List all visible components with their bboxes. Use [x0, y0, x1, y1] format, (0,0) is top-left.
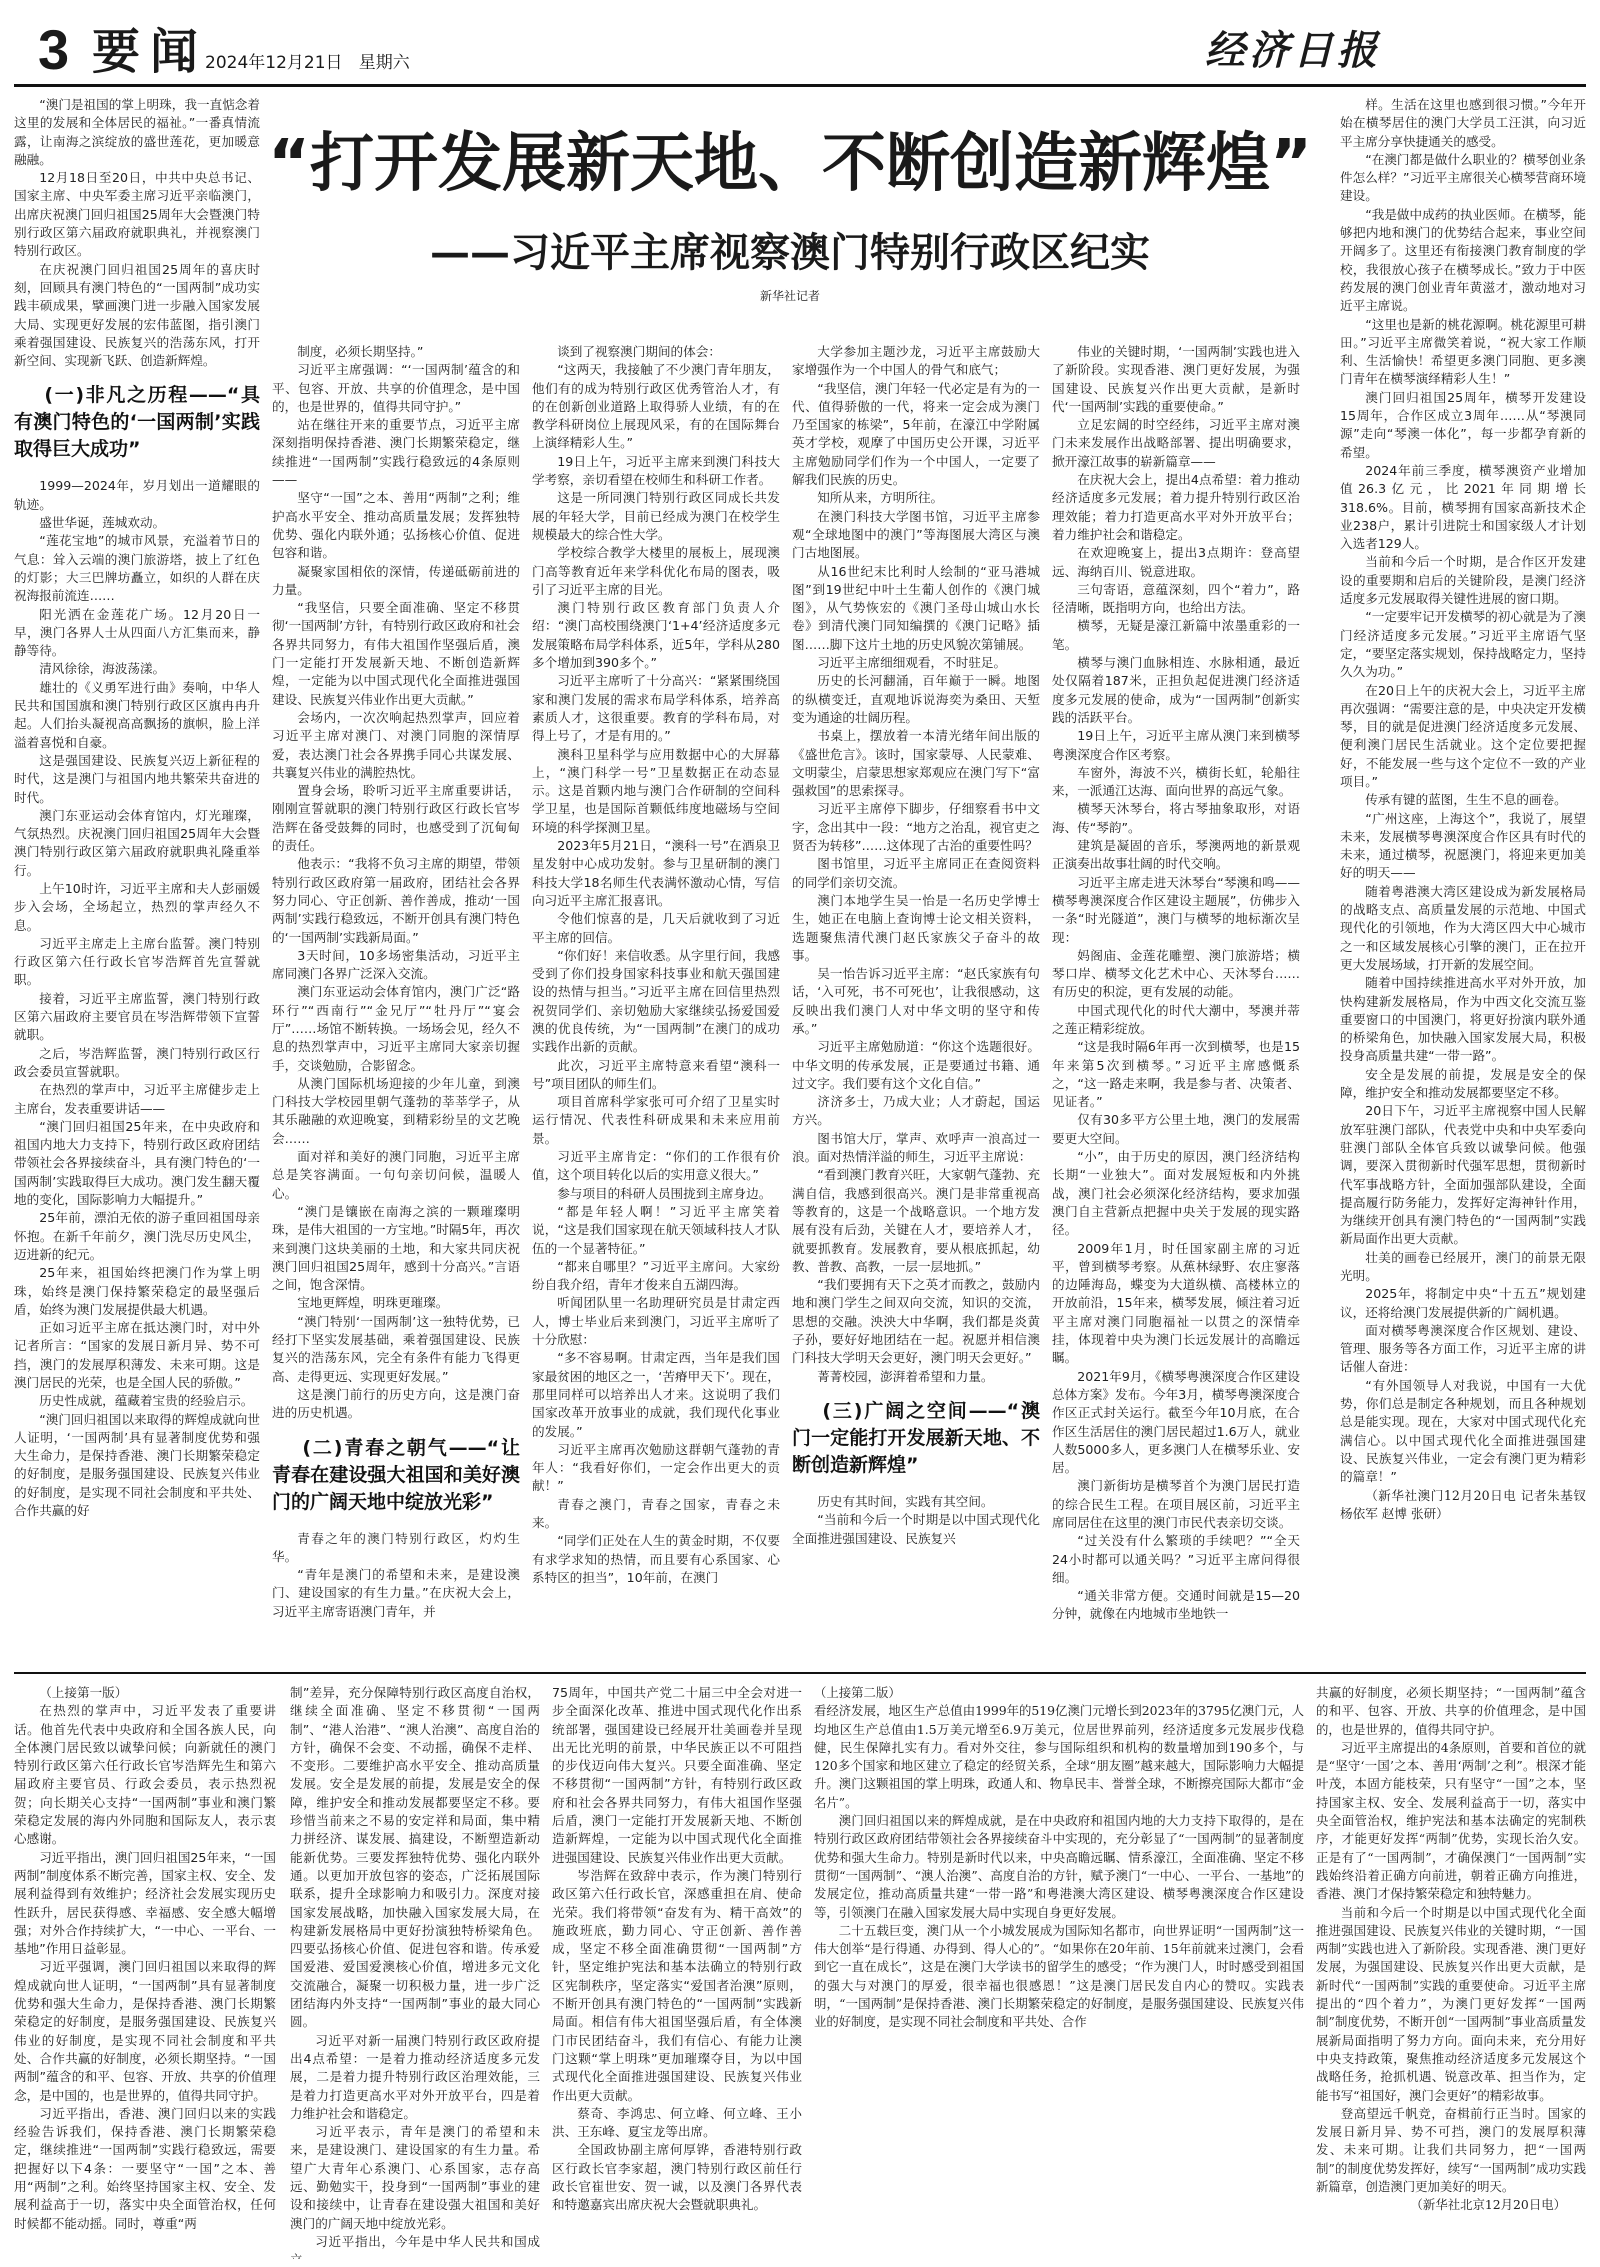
paragraph: 澳门回归祖国25周年，横琴开发建设15周年，合作区成立3周年……从“琴澳同源”走… — [1340, 389, 1586, 462]
paragraph: 习近平主席再次勉励这群朝气蓬勃的青年人：“我看好你们，一定会作出更大的贡献！” — [532, 1441, 780, 1496]
paragraph: 横琴与澳门血脉相连、水脉相通，最近处仅隔着187米，正担负起促进澳门经济适度多元… — [1052, 654, 1300, 727]
paragraph: 当前和今后一个时期，是合作区开发建设的重要期和启后的关键阶段，是澳门经济适度多元… — [1340, 553, 1586, 608]
paragraph: 学校综合教学大楼里的展板上，展现澳门高等教育近年来学科优化布局的图表，吸引了习近… — [532, 544, 780, 599]
paragraph: 此次，习近平主席特意来看望“澳科一号”项目团队的师生们。 — [532, 1057, 780, 1094]
paragraph: “澳门回归祖国以来取得的辉煌成就向世人证明，‘一国两制’具有显著制度优势和强大生… — [14, 1411, 260, 1521]
paragraph: 建筑是凝固的音乐，琴澳两地的新景观正演奏出故事壮阔的时代交响。 — [1052, 837, 1300, 874]
paragraph: 安全是发展的前提，发展是安全的保障，维护安全和推动发展都要坚定不移。 — [1340, 1066, 1586, 1103]
paragraph: 2021年9月，《横琴粤澳深度合作区建设总体方案》发布。今年3月，横琴粤澳深度合… — [1052, 1368, 1300, 1478]
article2-column-3: 75周年，中国共产党二十届三中全会对进一步全面深化改革、推进中国式现代化作出系统… — [552, 1684, 802, 2259]
paragraph: 知所从来，方明所往。 — [792, 489, 1040, 507]
paragraph: 19日上午，习近平主席来到澳门科技大学考察，亲切看望在校师生和科研工作者。 — [532, 453, 780, 490]
paragraph: “我是做中成药的执业医师。在横琴，能够把内地和澳门的优势结合起来，事业空间开阔多… — [1340, 206, 1586, 316]
paragraph: 图书馆大厅，掌声、欢呼声一浪高过一浪。面对热情洋溢的师生，习近平主席说： — [792, 1130, 1040, 1167]
paragraph: 立足宏阔的时空经纬，习近平主席对澳门未来发展作出战略部署、提出明确要求，掀开濠江… — [1052, 416, 1300, 471]
paragraph: 之后，岑浩辉监誓，澳门特别行政区行政会委员宣誓就职。 — [14, 1045, 260, 1082]
paragraph: 1999—2024年，岁月划出一道耀眼的轨迹。 — [14, 477, 260, 514]
paragraph: “我们要拥有天下之英才而教之，鼓励内地和澳门学生之间双向交流，知识的交流，思想的… — [792, 1276, 1040, 1367]
paragraph: 会场内，一次次响起热烈掌声，回应着习近平主席对澳门、对澳门同胞的深情厚爱，表达澳… — [272, 709, 520, 782]
paragraph: 看经济发展，地区生产总值由1999年的519亿澳门元增长到2023年的3795亿… — [814, 1702, 1304, 1812]
paragraph: 20日下午，习近平主席视察中国人民解放军驻澳门部队，代表党中央和中央军委向驻澳门… — [1340, 1102, 1586, 1248]
paragraph: 习近平主席听了十分高兴：“紧紧围绕国家和澳门发展的需求布局学科体系，培养高素质人… — [532, 672, 780, 745]
paragraph: 2025年，将制定中央“十五五”规划建议，还将给澳门发展提供新的广阔机遇。 — [1340, 1285, 1586, 1322]
paragraph: “都来自哪里？”习近平主席问。大家纷纷自我介绍，青年才俊来自五湖四海。 — [532, 1258, 780, 1295]
paragraph: 制度，必须长期坚持。” — [272, 343, 520, 361]
paragraph: 澳门东亚运动会体育馆内，灯光璀璨，气氛热烈。庆祝澳门回归祖国25周年大会暨澳门特… — [14, 807, 260, 880]
paragraph: 传承有键的蓝图，生生不息的画卷。 — [1340, 791, 1586, 809]
paragraph: “看到澳门教育兴旺，大家朝气蓬勃、充满自信，我感到很高兴。澳门是非常重视高等教育… — [792, 1166, 1040, 1276]
paragraph: 12月18日至20日，中共中央总书记、国家主席、中央军委主席习近平亲临澳门，出席… — [14, 169, 260, 260]
paragraph: 在庆祝澳门回归祖国25周年的喜庆时刻，回顾具有澳门特色的“一国两制”成功实践丰硕… — [14, 261, 260, 371]
paragraph: 习近平主席肯定：“你们的工作很有价值，这个项目转化以后的实用意义很大。” — [532, 1148, 780, 1185]
paragraph: 澳门特别行政区教育部门负责人介绍：“澳门高校围绕澳门‘1+4’经济适度多元发展策… — [532, 599, 780, 672]
paragraph: 接着，习近平主席监誓，澳门特别行政区第六届政府主要官员在岑浩辉带领下宣誓就职。 — [14, 990, 260, 1045]
section-title: 要闻 — [92, 24, 208, 80]
paragraph: “这两天，我接触了不少澳门青年朋友，他们有的成为特别行政区优秀管治人才，有的在创… — [532, 361, 780, 452]
paragraph: 在欢迎晚宴上，提出3点期许：登高望远、海纳百川、锐意进取。 — [1052, 544, 1300, 581]
paragraph: 这是澳门前行的历史方向，这是澳门奋进的历史机遇。 — [272, 1386, 520, 1423]
paragraph: 横琴天沐琴台，将古琴抽象取形，对语海、传“琴韵”。 — [1052, 800, 1300, 837]
paragraph: “澳门是祖国的掌上明珠，我一直惦念着这里的发展和全体居民的福祉。”一番真情流露，… — [14, 96, 260, 169]
paragraph: 中国式现代化的时代大潮中，琴澳并蒂之莲正精彩绽放。 — [1052, 1002, 1300, 1039]
paragraph: 历史的长河翻涌，百年巅于一瞬。地图的纵横变迁，直观地诉说海奕为桑田、天堑变为通途… — [792, 672, 1040, 727]
paragraph: 从16世纪末比利时人绘制的“亚马港城图”到19世纪中叶土生葡人创作的《澳门城图》… — [792, 563, 1040, 654]
paragraph: 随着粤港澳大湾区建设成为新发展格局的战略支点、高质量发展的示范地、中国式现代化的… — [1340, 883, 1586, 974]
newspaper-logo: 经济日报 — [1205, 26, 1381, 76]
byline: 新华社记者 — [260, 288, 1320, 304]
paragraph: 75周年，中国共产党二十届三中全会对进一步全面深化改革、推进中国式现代化作出系统… — [552, 1684, 802, 1867]
section-heading-1: (一)非凡之历程——“具有澳门特色的‘一国两制’实践取得巨大成功” — [14, 382, 260, 463]
paragraph: 仅有30多平方公里土地，澳门的发展需要更大空间。 — [1052, 1111, 1300, 1148]
paragraph: 3天时间，10多场密集活动，习近平主席同澳门各界广泛深入交流。 — [272, 947, 520, 984]
paragraph: 样。生活在这里也感到很习惯。”今年开始在横琴居住的澳门大学员工汪淇，向习近平主席… — [1340, 96, 1586, 151]
paragraph: “小”，由于历史的原因，澳门经济结构长期“一业独大”。面对发展短板和内外挑战，澳… — [1052, 1148, 1300, 1239]
paragraph: 岑浩辉在致辞中表示，作为澳门特别行政区第六任行政长官，深感重担在肩、使命光荣。我… — [552, 1867, 802, 2105]
paragraph: 在澳门科技大学图书馆，习近平主席参观“全球地图中的澳门”等海图展大湾区与澳门古地… — [792, 508, 1040, 563]
paragraph: 习近平表示，青年是澳门的希望和未来，是建设澳门、建设国家的有生力量。希望广大青年… — [290, 2123, 540, 2233]
paragraph: 令他们惊喜的是，几天后就收到了习近平主席的回信。 — [532, 910, 780, 947]
paragraph: 历史有其时间，实践有其空间。 — [792, 1493, 1040, 1511]
paragraph: 吴一怡告诉习近平主席：“赵氏家族有句话，‘入可死，书不可死也’，让我很感动，这反… — [792, 965, 1040, 1038]
continued-note-2: （上接第二版） — [814, 1685, 901, 1700]
paragraph: 从澳门国际机场迎接的少年儿童，到澳门科技大学校园里朝气蓬勃的莘莘学子，从其乐融融… — [272, 1075, 520, 1148]
paragraph: “澳门是镶嵌在南海之滨的一颗璀璨明珠，是伟大祖国的一方宝地。”时隔5年，再次来到… — [272, 1203, 520, 1294]
commentary-dateline: （新华社北京12月20日电） — [1316, 2196, 1586, 2214]
paragraph: 面对祥和美好的澳门同胞，习近平主席总是笑容满面。一句句亲切问候，温暖人心。 — [272, 1148, 520, 1203]
paragraph: 蔡奇、李鸿忠、何立峰、何立峰、王小洪、王东峰、夏宝龙等出席。 — [552, 2105, 802, 2142]
paragraph: 正如习近平主席在抵达澳门时，对中外记者所言：“国家的发展日新月异、势不可挡，澳门… — [14, 1319, 260, 1392]
paragraph: 习近平强调，澳门回归祖国以来取得的辉煌成就向世人证明，“一国两制”具有显著制度优… — [14, 1958, 276, 2104]
paragraph: 习近平主席走进天沐琴台“琴澳和鸣——横琴粤澳深度合作区建设主题展”，仿佛步入一条… — [1052, 874, 1300, 947]
paragraph: 谈到了视察澳门期间的体会： — [532, 343, 780, 361]
section-divider — [14, 1672, 1586, 1674]
paragraph: 在庆祝大会上，提出4点希望：着力推动经济适度多元发展；着力提升特别行政区治理效能… — [1052, 471, 1300, 544]
paragraph: 习近平主席强调：“‘一国两制’蕴含的和平、包容、开放、共享的价值理念，是中国的，… — [272, 361, 520, 416]
paragraph: 大学参加主题沙龙，习近平主席鼓励大家增强作为一个中国人的骨气和底气； — [792, 343, 1040, 380]
paragraph: 在热烈的掌声中，习近平主席健步走上主席台，发表重要讲话—— — [14, 1081, 260, 1118]
paragraph: 图书馆里，习近平主席同正在查阅资料的同学们亲切交流。 — [792, 855, 1040, 892]
paragraph: “在澳门都是做什么职业的？横琴创业条件怎么样？”习近平主席很关心横琴营商环境建设… — [1340, 151, 1586, 206]
paragraph: 共赢的好制度，必须长期坚持；“一国两制”蕴含的和平、包容、开放、共享的价值理念，… — [1316, 1684, 1586, 1739]
paragraph: 妈阁庙、金莲花雕塑、澳门旅游塔；横琴口岸、横琴文化艺术中心、天沐琴台……有历史的… — [1052, 947, 1300, 1002]
paragraph: 习近平对新一届澳门特别行政区政府提出4点希望：一是着力推动经济适度多元发展，二是… — [290, 2032, 540, 2123]
article2-column-2: 制”差异，充分保障特别行政区高度自治权，继续全面准确、坚定不移贯彻“一国两制”、… — [290, 1684, 540, 2259]
paragraph: 听闻团队里一名助理研究员是甘肃定西人，博士毕业后来到澳门，习近平主席听了十分欣慰… — [532, 1294, 780, 1349]
paragraph: 习近平主席细细观看，不时驻足。 — [792, 654, 1040, 672]
paragraph: 2023年5月21日，“澳科一号”在酒泉卫星发射中心成功发射。参与卫星研制的澳门… — [532, 837, 780, 910]
commentary-column-2: 共赢的好制度，必须长期坚持；“一国两制”蕴含的和平、包容、开放、共享的价值理念，… — [1316, 1684, 1586, 2259]
paragraph: 澳门本地学生吴一怡是一名历史学博士生，她正在电脑上查询博士论文相关资料，选题聚焦… — [792, 892, 1040, 965]
article-column-2: 制度，必须长期坚持。”习近平主席强调：“‘一国两制’蕴含的和平、包容、开放、共享… — [272, 343, 520, 1666]
paragraph: “澳门特别‘一国两制’这一独特优势，已经打下坚实发展基础，乘着强国建设、民族复兴… — [272, 1313, 520, 1386]
section-heading-3: (三)广阔之空间——“澳门一定能打开发展新天地、不断创造新辉煌” — [792, 1398, 1040, 1479]
paragraph: “同学们正处在人生的黄金时期，不仅要有求学求知的热情，而且要有心系国家、心系特区… — [532, 1532, 780, 1587]
paragraph: 2009年1月，时任国家副主席的习近平，曾到横琴考察。从蕉林绿野、农庄寥落的边陲… — [1052, 1240, 1300, 1368]
paragraph: 在热烈的掌声中，习近平发表了重要讲话。他首先代表中央政府和全国各族人民，向全体澳… — [14, 1702, 276, 1848]
paragraph: 25年来，祖国始终把澳门作为掌上明珠，始终是澳门保持繁荣稳定的最坚强后盾，始终为… — [14, 1264, 260, 1319]
masthead: 3 要闻 2024年12月21日 星期六 经济日报 — [0, 0, 1600, 80]
paragraph: 站在继往开来的重要节点，习近平主席深刻指明保持香港、澳门长期繁荣稳定，继续推进“… — [272, 416, 520, 489]
article-column-1: “澳门是祖国的掌上明珠，我一直惦念着这里的发展和全体居民的福祉。”一番真情流露，… — [14, 96, 260, 1666]
paragraph: 习近平指出，香港、澳门回归以来的实践经验告诉我们，保持香港、澳门长期繁荣稳定，继… — [14, 2105, 276, 2233]
paragraph: “这里也是新的桃花源啊。桃花源里可耕田。”习近平主席微笑着说，“祝大家工作顺利、… — [1340, 316, 1586, 389]
paragraph: 项目首席科学家张可可介绍了卫星实时运行情况、代表性科研成果和未来应用前景。 — [532, 1093, 780, 1148]
paragraph: “有外国领导人对我说，中国有一大优势，你们总是制定各种规划，而且各种规划总是能实… — [1340, 1377, 1586, 1487]
paragraph: “这是我时隔6年再一次到横琴，也是15年来第5次到横琴。”习近平主席感慨系之，“… — [1052, 1038, 1300, 1111]
paragraph: 三句寄语，意蕴深刻，四个“着力”，路径清晰，既指明方向，也给出方法。 — [1052, 581, 1300, 618]
paragraph: 制”差异，充分保障特别行政区高度自治权，继续全面准确、坚定不移贯彻“一国两制”、… — [290, 1684, 540, 2032]
paragraph: 青春之年的澳门特别行政区，灼灼生华。 — [272, 1530, 520, 1567]
paragraph: 澳门东亚运动会体育馆内，澳门广泛“路环行”“西南行”“金兄厅”“牡丹厅”“宴会厅… — [272, 983, 520, 1074]
headline: “打开发展新天地、不断创造新辉煌” — [260, 124, 1320, 204]
paragraph: “过关没有什么繁琐的手续吧？”“全天24小时都可以通关吗？”习近平主席问得很细。 — [1052, 1532, 1300, 1587]
article-credit: （新华社澳门12月20日电 记者朱基钗 杨依军 赵博 张研） — [1340, 1487, 1586, 1524]
paragraph: 书桌上，摆放着一本清光绪年间出版的《盛世危言》。该时，国家蒙辱、人民蒙难、文明蒙… — [792, 727, 1040, 800]
paragraph: 澳门回归祖国以来的辉煌成就，是在中央政府和祖国内地的大力支持下取得的，是在特别行… — [814, 1812, 1304, 1922]
paragraph: 习近平指出，今年是中华人民共和国成立 — [290, 2233, 540, 2259]
subheadline: ——习近平主席视察澳门特别行政区纪实 — [260, 228, 1320, 278]
paragraph: “澳门回归祖国25年来，在中央政府和祖国内地大力支持下，特别行政区政府团结带领社… — [14, 1118, 260, 1209]
paragraph: 横琴，无疑是濠江新篇中浓墨重彩的一笔。 — [1052, 617, 1300, 654]
article-column-4: 大学参加主题沙龙，习近平主席鼓励大家增强作为一个中国人的骨气和底气；“我坚信，澳… — [792, 343, 1040, 1666]
paragraph: “一定要牢记开发横琴的初心就是为了澳门经济适度多元发展。”习近平主席语气坚定，“… — [1340, 608, 1586, 681]
commentary-column-1: （上接第二版） 看经济发展，地区生产总值由1999年的519亿澳门元增长到202… — [814, 1684, 1304, 2259]
paragraph: 坚守“一国”之本、善用“两制”之利；维护高水平安全、推动高质量发展；发挥独特优势… — [272, 489, 520, 562]
paragraph: 全国政协副主席何厚铧，香港特别行政区行政长官李家超，澳门特别行政区前任行政长官崔… — [552, 2141, 802, 2214]
paragraph: 盛世华诞，莲城欢动。 — [14, 514, 260, 532]
header-rule — [14, 84, 1586, 87]
paragraph: 菁菁校园，澎湃着希望和力量。 — [792, 1368, 1040, 1386]
paragraph: 阳光洒在金莲花广场。12月20日一早，澳门各界人士从四面八方汇集而来，静静等待。 — [14, 606, 260, 661]
paragraph: 他表示：“我将不负习主席的期望，带领特别行政区政府第一届政府，团结社会各界努力同… — [272, 855, 520, 946]
article2-column-1: （上接第一版） 在热烈的掌声中，习近平发表了重要讲话。他首先代表中央政府和全国各… — [14, 1684, 276, 2259]
paragraph: 面对横琴粤澳深度合作区规划、建设、管理、服务等各方面工作，习近平主席的讲话催人奋… — [1340, 1322, 1586, 1377]
paragraph: “我坚信，澳门年轻一代必定是有为的一代、值得骄傲的一代，将来一定会成为澳门乃至国… — [792, 380, 1040, 490]
paragraph: 清风徐徐，海波荡漾。 — [14, 660, 260, 678]
paragraph: 当前和今后一个时期是以中国式现代化全面推进强国建设、民族复兴伟业的关键时期，“一… — [1316, 1904, 1586, 2105]
paragraph: “广州这座，上海这个”，我说了，展望未来，发展横琴粤澳深度合作区具有时代的未来，… — [1340, 810, 1586, 883]
issue-date: 2024年12月21日 星期六 — [205, 52, 410, 74]
paragraph: 习近平主席走上主席台监誓。澳门特别行政区第六任行政长官岑浩辉首先宣誓就职。 — [14, 935, 260, 990]
paragraph: “通关非常方便。交通时间就是15—20分钟，就像在内地城市坐地铁一 — [1052, 1587, 1300, 1624]
article-column-6: 样。生活在这里也感到很习惯。”今年开始在横琴居住的澳门大学员工汪淇，向习近平主席… — [1340, 96, 1586, 1666]
paragraph: 2024年前三季度，横琴澳资产业增加值26.3亿元，比2021年同期增长318.… — [1340, 462, 1586, 553]
paragraph: 伟业的关键时期，‘一国两制’实践也进入了新阶段。实现香港、澳门更好发展，为强国建… — [1052, 343, 1300, 416]
paragraph: “当前和今后一个时期是以中国式现代化全面推进强国建设、民族复兴 — [792, 1511, 1040, 1548]
article-column-5: 伟业的关键时期，‘一国两制’实践也进入了新阶段。实现香港、澳门更好发展，为强国建… — [1052, 343, 1300, 1666]
paragraph: 凝聚家国相依的深情，传递砥砺前进的力量。 — [272, 563, 520, 600]
paragraph: 这是强国建设、民族复兴迈上新征程的时代，这是澳门与祖国内地共繁荣共奋进的时代。 — [14, 752, 260, 807]
paragraph: 济济多士，乃成大业；人才蔚起，国运方兴。 — [792, 1093, 1040, 1130]
paragraph: 壮美的画卷已经展开，澳门的前景无限光明。 — [1340, 1249, 1586, 1286]
paragraph: 宝地更辉煌，明珠更璀璨。 — [272, 1294, 520, 1312]
paragraph: “你们好！来信收悉。从字里行间，我感受到了你们投身国家科技事业和航天强国建设的热… — [532, 947, 780, 1057]
section-heading-2: (二)青春之朝气——“让青春在建设强大祖国和美好澳门的广阔天地中绽放光彩” — [272, 1435, 520, 1516]
paragraph: 车窗外，海波不兴，横街长虹，轮船往来，一派通江达海、面向世界的高远气象。 — [1052, 764, 1300, 801]
paragraph: 在20日上午的庆祝大会上，习近平主席再次强调：“需要注意的是，中央决定开发横琴，… — [1340, 682, 1586, 792]
article-column-3: 谈到了视察澳门期间的体会：“这两天，我接触了不少澳门青年朋友，他们有的成为特别行… — [532, 343, 780, 1666]
paragraph: 澳科卫星科学与应用数据中心的大屏幕上，“澳门科学一号”卫星数据正在动态显示。这是… — [532, 746, 780, 837]
paragraph: 登高望远千帆竞，奋楫前行正当时。国家的发展日新月异、势不可挡，澳门的发展厚积薄发… — [1316, 2105, 1586, 2196]
paragraph: 习近平指出，澳门回归祖国25年来，“一国两制”制度体系不断完善，国家主权、安全、… — [14, 1849, 276, 1959]
paragraph: 习近平主席停下脚步，仔细察看书中文字，念出其中一段：“地方之治乱，视官吏之贤否为… — [792, 800, 1040, 855]
paragraph: 19日上午，习近平主席从澳门来到横琴粤澳深度合作区考察。 — [1052, 727, 1300, 764]
paragraph: 澳门新街坊是横琴首个为澳门居民打造的综合民生工程。在项目展区前，习近平主席同居住… — [1052, 1477, 1300, 1532]
paragraph: 置身会场，聆听习近平主席重要讲话，刚刚宣誓就职的澳门特别行政区行政长官岑浩辉在备… — [272, 782, 520, 855]
paragraph: 参与项目的科研人员围拢到主席身边。 — [532, 1185, 780, 1203]
paragraph: 雄壮的《义勇军进行曲》奏响，中华人民共和国国旗和澳门特别行政区区旗冉冉升起。人们… — [14, 679, 260, 752]
paragraph: “都是年轻人啊！”习近平主席笑着说，“这是我们国家现在航天领域科技人才队伍的一个… — [532, 1203, 780, 1258]
paragraph: 这是一所同澳门特别行政区同成长共发展的年轻大学，目前已经成为澳门在校学生规模最大… — [532, 489, 780, 544]
paragraph: 习近平主席勉励道：“你这个选题很好。中华文明的传承发展，正是要通过书籍、通过文字… — [792, 1038, 1040, 1093]
paragraph: 青春之澳门，青春之国家，青春之未来。 — [532, 1496, 780, 1533]
paragraph: 随着中国持续推进高水平对外开放，加快构建新发展格局，作为中西文化交流互鉴重要窗口… — [1340, 974, 1586, 1065]
paragraph: “莲花宝地”的城市风景，充溢着节日的气息：耸入云端的澳门旅游塔，披上了红色的灯影… — [14, 532, 260, 605]
paragraph: “青年是澳门的希望和未来，是建设澳门、建设国家的有生力量。”在庆祝大会上，习近平… — [272, 1566, 520, 1621]
paragraph: 历史性成就，蕴藏着宝贵的经验启示。 — [14, 1392, 260, 1410]
paragraph: 习近平主席提出的4条原则，首要和首位的就是“坚守‘一国’之本、善用‘两制’之利”… — [1316, 1739, 1586, 1904]
paragraph: 上午10时许，习近平主席和夫人彭丽媛步入会场，全场起立，热烈的掌声经久不息。 — [14, 880, 260, 935]
paragraph: “我坚信，只要全面准确、坚定不移贯彻‘一国两制’方针，有特别行政区政府和社会各界… — [272, 599, 520, 709]
continued-note: （上接第一版） — [14, 1684, 276, 1702]
paragraph: 25年前，漂泊无依的游子重回祖国母亲怀抱。在新千年前夕，澳门洗尽历史风尘，迈进新… — [14, 1209, 260, 1264]
paragraph: “多不容易啊。甘肃定西，当年是我们国家最贫困的地区之一，‘苦瘠甲天下’。现在，那… — [532, 1349, 780, 1440]
paragraph: 二十五载巨变，澳门从一个小城发展成为国际知名都市，向世界证明“一国两制”这一伟大… — [814, 1922, 1304, 2032]
page-number: 3 — [38, 22, 67, 78]
